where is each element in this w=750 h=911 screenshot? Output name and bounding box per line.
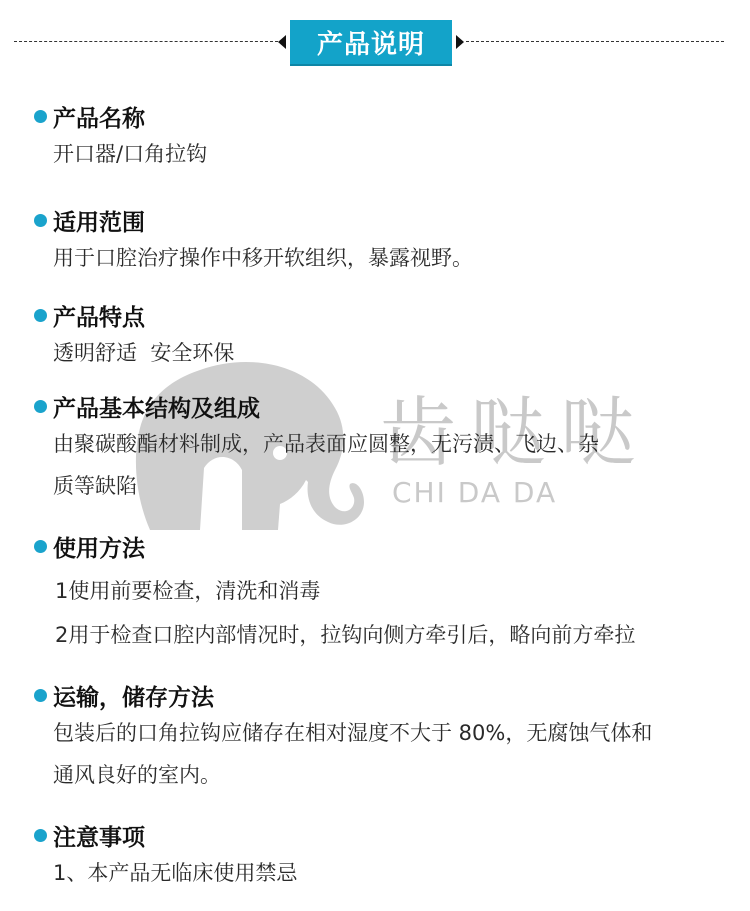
section-text: 开口器/口角拉钩: [53, 133, 724, 175]
section-title: 适用范围: [53, 204, 145, 237]
triangle-left-icon: [278, 35, 286, 49]
section-transport-storage: 运输，储存方法 包装后的口角拉钩应储存在相对湿度不大于 80%，无腐蚀气体和 通…: [34, 678, 724, 796]
section-text: 透明舒适 安全环保: [53, 332, 724, 374]
section-text: 1使用前要检查，清洗和消毒: [55, 569, 724, 613]
section-scope: 适用范围 用于口腔治疗操作中移开软组织，暴露视野。: [34, 203, 724, 279]
section-header: 产品说明: [0, 20, 750, 66]
section-title: 产品特点: [53, 299, 145, 332]
section-title: 使用方法: [53, 530, 145, 563]
section-title: 产品名称: [53, 100, 145, 133]
section-text: 通风良好的室内。: [53, 754, 724, 796]
section-title: 注意事项: [53, 819, 145, 852]
section-title: 产品基本结构及组成: [53, 390, 260, 423]
bullet-dot-icon: [34, 689, 47, 702]
page-title: 产品说明: [290, 20, 452, 66]
section-product-name: 产品名称 开口器/口角拉钩: [34, 99, 724, 175]
bullet-dot-icon: [34, 214, 47, 227]
bullet-dot-icon: [34, 400, 47, 413]
section-structure: 产品基本结构及组成 由聚碳酸酯材料制成，产品表面应圆整，无污渍、飞边、杂 质等缺…: [34, 389, 724, 507]
section-title: 运输，储存方法: [53, 679, 214, 712]
bullet-dot-icon: [34, 829, 47, 842]
bullet-dot-icon: [34, 540, 47, 553]
triangle-right-icon: [456, 35, 464, 49]
section-usage: 使用方法 1使用前要检查，清洗和消毒 2用于检查口腔内部情况时，拉钩向侧方牵引后…: [34, 529, 724, 657]
dashed-divider-right: [466, 41, 724, 42]
section-text: 1、本产品无临床使用禁忌: [53, 852, 724, 894]
section-precautions: 注意事项 1、本产品无临床使用禁忌: [34, 818, 724, 894]
bullet-dot-icon: [34, 309, 47, 322]
section-text: 2用于检查口腔内部情况时，拉钩向侧方牵引后，略向前方牵拉: [55, 613, 724, 657]
section-text: 用于口腔治疗操作中移开软组织，暴露视野。: [53, 237, 724, 279]
section-text: 包装后的口角拉钩应储存在相对湿度不大于 80%，无腐蚀气体和: [53, 712, 724, 754]
section-text: 由聚碳酸酯材料制成，产品表面应圆整，无污渍、飞边、杂: [53, 423, 724, 465]
section-text: 质等缺陷: [53, 465, 724, 507]
bullet-dot-icon: [34, 110, 47, 123]
dashed-divider-left: [14, 41, 278, 42]
section-features: 产品特点 透明舒适 安全环保: [34, 298, 724, 374]
